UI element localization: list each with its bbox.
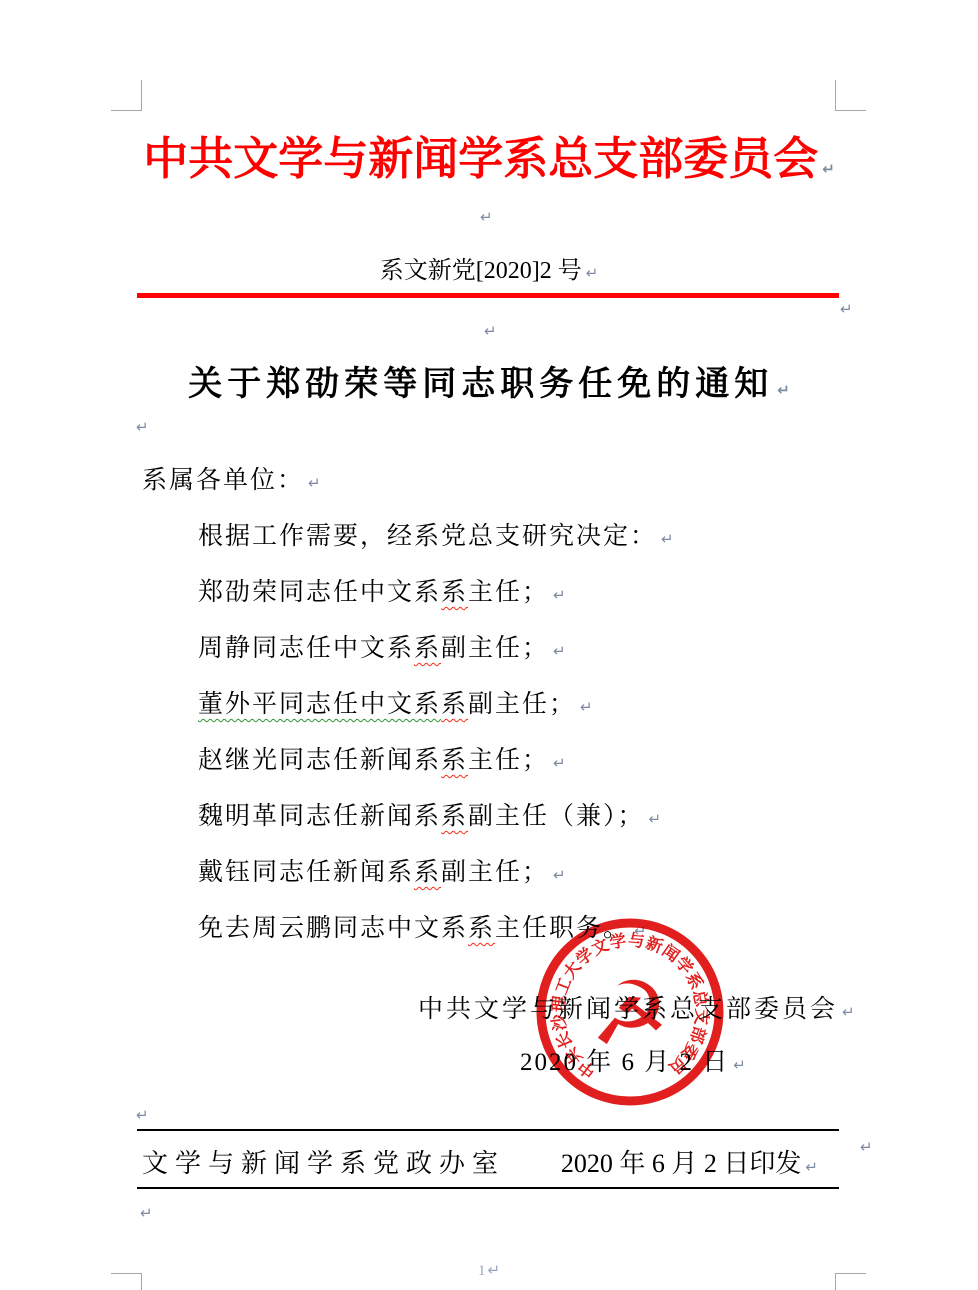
spellcheck-text: 系 (441, 803, 468, 830)
empty-paragraph-mark: ↵ (860, 1138, 873, 1156)
spellcheck-text: 系 (441, 747, 468, 774)
paragraph-text: 魏明革同志任新闻系 (198, 803, 441, 830)
paragraph-mark: ↵ (822, 160, 835, 178)
paragraph-mark: ↵ (649, 793, 662, 846)
paragraph-mark: ↵ (553, 625, 566, 678)
empty-paragraph-mark: ↵ (484, 322, 497, 340)
empty-paragraph-mark: ↵ (136, 1106, 149, 1124)
body-paragraph: 系属各单位：↵ (142, 454, 842, 510)
paragraph-text: 根据工作需要，经系党总支研究决定： (198, 523, 657, 550)
empty-paragraph-mark: ↵ (136, 418, 149, 436)
letterhead-org-title-text: 中共文学与新闻学系总支部委员会 (143, 134, 818, 184)
empty-paragraph-mark: ↵ (480, 208, 493, 226)
paragraph-mark: ↵ (842, 1003, 855, 1021)
paragraph-text: 系属各单位： (142, 467, 304, 494)
notice-title-text: 关于郑劭荣等同志职务任免的通知 (188, 365, 773, 403)
paragraph-text: 副主任； (441, 859, 549, 886)
colophon-issue-date: 2020 年 6 月 2 日印发↵ (561, 1143, 818, 1180)
empty-paragraph-mark: ↵ (140, 1204, 153, 1222)
paragraph-mark: ↵ (308, 457, 321, 510)
paragraph-mark: ↵ (805, 1158, 818, 1176)
paragraph-text: 郑劭荣同志任中文系 (198, 579, 441, 606)
paragraph-mark: ↵ (777, 381, 790, 399)
notice-body: 系属各单位：↵ 根据工作需要，经系党总支研究决定：↵ 郑劭荣同志任中文系系主任；… (142, 454, 842, 958)
document-number-text: 系文新党[2020]2 号 (380, 258, 582, 284)
body-paragraph: 董外平同志任中文系系副主任；↵ (142, 678, 842, 734)
body-paragraph: 赵继光同志任新闻系系主任；↵ (142, 734, 842, 790)
letterhead-red-rule (137, 293, 839, 298)
document-number: 系文新党[2020]2 号↵ (0, 250, 978, 285)
notice-title: 关于郑劭荣等同志职务任免的通知↵ (0, 356, 978, 405)
spellcheck-text: 系 (414, 859, 441, 886)
body-paragraph: 免去周云鹏同志中文系系主任职务。↵ (142, 902, 842, 958)
body-paragraph: 魏明革同志任新闻系系副主任（兼）；↵ (142, 790, 842, 846)
official-seal-stamp: 中共长沙理工大学文学与新闻学系总支部委员会 ☭ (530, 912, 730, 1112)
paragraph-mark: ↵ (580, 681, 593, 734)
paragraph-text: 主任； (468, 747, 549, 774)
paragraph-text: 周静同志任中文系 (198, 635, 414, 662)
page-number-text: 1 (478, 1263, 486, 1279)
document-page: 中共文学与新闻学系总支部委员会↵ ↵ 系文新党[2020]2 号↵ ↵ ↵ 关于… (0, 0, 978, 1290)
letterhead-org-title: 中共文学与新闻学系总支部委员会↵ (0, 122, 978, 187)
body-paragraph: 郑劭荣同志任中文系系主任；↵ (142, 566, 842, 622)
paragraph-text: 免去周云鹏同志中文系 (198, 915, 468, 942)
paragraph-text: 副主任； (441, 635, 549, 662)
spellcheck-text: 系 (441, 579, 468, 606)
paragraph-mark: ↵ (487, 1261, 500, 1279)
text-boundary-corner-top-right (835, 80, 866, 111)
colophon-row: 文学与新闻学系党政办室 2020 年 6 月 2 日印发↵ (142, 1143, 818, 1180)
paragraph-mark: ↵ (661, 513, 674, 566)
paragraph-text: 副主任； (468, 691, 576, 718)
paragraph-text: 副主任（兼）； (468, 803, 645, 830)
paragraph-mark: ↵ (553, 849, 566, 902)
body-paragraph: 戴钰同志任新闻系系副主任；↵ (142, 846, 842, 902)
body-paragraph: 周静同志任中文系系副主任；↵ (142, 622, 842, 678)
paragraph-text: 戴钰同志任新闻系 (198, 859, 414, 886)
paragraph-mark: ↵ (586, 264, 599, 282)
empty-paragraph-mark: ↵ (840, 300, 853, 318)
colophon-rule-top (137, 1129, 839, 1131)
spellcheck-text: 系 (414, 635, 441, 662)
paragraph-mark: ↵ (553, 737, 566, 790)
paragraph-text: 主任； (468, 579, 549, 606)
colophon-office: 文学与新闻学系党政办室 (142, 1143, 505, 1180)
spellcheck-text: 系 (468, 915, 495, 942)
spellcheck-text: 系 (441, 691, 468, 718)
paragraph-text: 赵继光同志任新闻系 (198, 747, 441, 774)
colophon-issue-date-text: 2020 年 6 月 2 日印发 (561, 1149, 802, 1178)
hammer-sickle-icon: ☭ (591, 962, 670, 1065)
text-boundary-corner-top-left (111, 80, 142, 111)
paragraph-mark: ↵ (733, 1056, 746, 1074)
grammar-check-text: 董外平同志任中文系 (198, 691, 441, 718)
body-paragraph: 根据工作需要，经系党总支研究决定：↵ (142, 510, 842, 566)
page-number: 1↵ (0, 1261, 978, 1280)
paragraph-mark: ↵ (553, 569, 566, 622)
colophon-rule-bottom (137, 1187, 839, 1189)
